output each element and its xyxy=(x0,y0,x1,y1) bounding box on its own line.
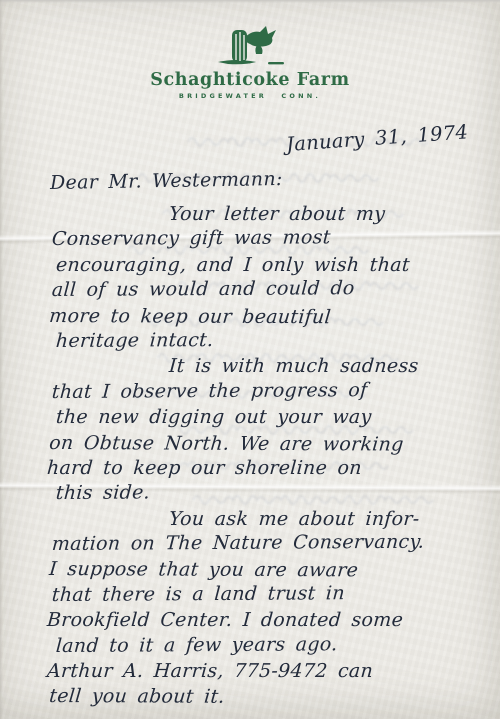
letter-line: Arthur A. Harris, 775-9472 can xyxy=(46,660,478,685)
letter-line: that I observe the progress of xyxy=(51,378,478,406)
letter-line: the new digging out your way xyxy=(55,406,478,431)
letter-line: heritage intact. xyxy=(55,327,478,355)
letter-line-text: Arthur A. Harris, 775-9472 can xyxy=(46,660,374,682)
letter-line-text: mation on The Nature Conservancy. xyxy=(51,531,425,555)
letter-line: Brookfield Center. I donated some xyxy=(46,609,478,634)
scan-edge xyxy=(0,0,3,719)
letter-line-text: heritage intact. xyxy=(55,329,214,352)
salutation: Dear Mr. Westermann: xyxy=(50,168,283,194)
letter-line-text: Your letter about my xyxy=(168,203,386,225)
letter-line: You ask me about infor- xyxy=(46,508,478,533)
date-line: January 31, 1974 xyxy=(285,120,469,156)
scan-edge xyxy=(0,0,500,3)
scanned-letter-page: Schaghticoke Farm BRIDGEWATER CONN. Janu… xyxy=(0,0,500,719)
letter-line: encouraging, and I only wish that xyxy=(55,254,478,279)
letter-line: land to it a few years ago. xyxy=(55,632,478,660)
letter-line-text: land to it a few years ago. xyxy=(55,633,338,657)
letter-line: that there is a land trust in xyxy=(51,581,478,609)
letter-line: tell you about it. xyxy=(48,685,478,712)
letter-line: on Obtuse North. We are working xyxy=(48,432,478,459)
letter-line-text: that there is a land trust in xyxy=(51,582,345,606)
letter-line-text: encouraging, and I only wish that xyxy=(55,254,410,276)
letterhead: Schaghticoke Farm BRIDGEWATER CONN. xyxy=(0,18,500,100)
farm-location: BRIDGEWATER CONN. xyxy=(0,92,500,100)
fox-on-stump-farm-logo-icon xyxy=(206,18,294,68)
letter-line-text: tell you about it. xyxy=(48,685,225,708)
letter-line: Conservancy gift was most xyxy=(51,226,478,254)
letter-line-text: Brookfield Center. I donated some xyxy=(46,609,404,631)
letter-line: Your letter about my xyxy=(46,203,478,228)
letter-line: hard to keep our shoreline on xyxy=(46,457,478,482)
letter-line: mation on The Nature Conservancy. xyxy=(51,530,478,558)
letter-line: all of us would and could do xyxy=(51,277,478,305)
letter-line-text: more to keep our beautiful xyxy=(48,305,332,328)
letter-line-text: hard to keep our shoreline on xyxy=(46,457,362,479)
letter-line-text: on Obtuse North. We are working xyxy=(48,432,404,456)
letter-line-text: that I observe the progress of xyxy=(51,379,368,403)
letter-line: It is with much sadness xyxy=(46,355,478,380)
letter-line-text: Conservancy gift was most xyxy=(51,227,331,251)
letter-body: Your letter about my Conservancy gift wa… xyxy=(46,203,476,711)
letter-line-text: I suppose that you are aware xyxy=(48,558,359,581)
letter-line-text: You ask me about infor- xyxy=(168,508,420,530)
letter-line-text: all of us would and could do xyxy=(51,277,355,301)
letter-line: this side. xyxy=(55,480,478,508)
letter-line-text: this side. xyxy=(55,482,150,505)
letter-line-text: It is with much sadness xyxy=(168,355,419,377)
letter-line-text: the new digging out your way xyxy=(55,406,372,428)
farm-name: Schaghticoke Farm xyxy=(0,70,500,90)
